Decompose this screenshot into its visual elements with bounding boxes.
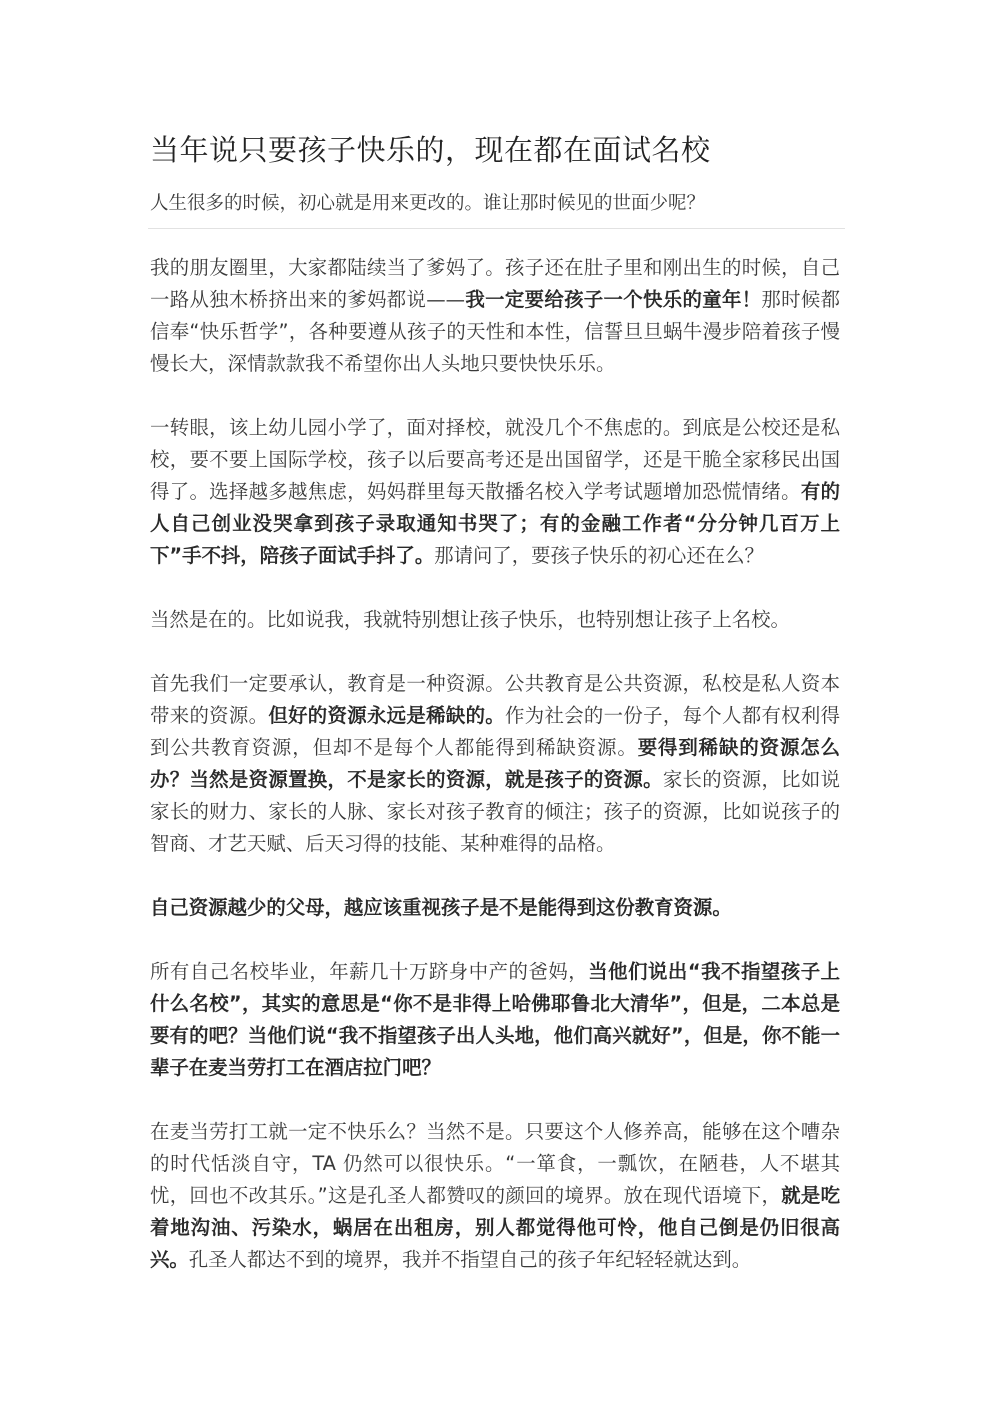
text-segment: 所有自己名校毕业，年薪几十万跻身中产的爸妈， [150,960,588,983]
paragraph-6: 所有自己名校毕业，年薪几十万跻身中产的爸妈，当他们说出“我不指望孩子上什么名校”… [150,956,840,1084]
text-segment: 那请问了，要孩子快乐的初心还在么？ [434,544,764,567]
text-segment: 当然是在的。比如说我，我就特别想让孩子快乐，也特别想让孩子上名校。 [150,608,790,631]
paragraph-1: 我的朋友圈里，大家都陆续当了爹妈了。孩子还在肚子里和刚出生的时候，自己一路从独木… [150,252,840,380]
article-body: 我的朋友圈里，大家都陆续当了爹妈了。孩子还在肚子里和刚出生的时候，自己一路从独木… [150,252,840,1308]
divider [148,228,845,229]
bold-text-segment: 我一定要给孩子一个快乐的童年！ [465,288,761,311]
bold-text-segment: 但好的资源永远是稀缺的。 [268,704,505,727]
bold-text-segment: 自己资源越少的父母，越应该重视孩子是不是能得到这份教育资源。 [150,896,732,919]
paragraph-2: 一转眼，该上幼儿园小学了，面对择校，就没几个不焦虑的。到底是公校还是私校，要不要… [150,412,840,572]
article-subtitle: 人生很多的时候，初心就是用来更改的。谁让那时候见的世面少呢？ [150,189,705,215]
paragraph-5: 自己资源越少的父母，越应该重视孩子是不是能得到这份教育资源。 [150,892,840,924]
paragraph-7: 在麦当劳打工就一定不快乐么？当然不是。只要这个人修养高，能够在这个嘈杂的时代恬淡… [150,1116,840,1276]
text-segment: 孔圣人都达不到的境界，我并不指望自己的孩子年纪轻轻就达到。 [189,1248,751,1271]
text-segment: 一转眼，该上幼儿园小学了，面对择校，就没几个不焦虑的。到底是公校还是私校，要不要… [150,416,840,503]
text-segment: 在麦当劳打工就一定不快乐么？当然不是。只要这个人修养高，能够在这个嘈杂的时代恬淡… [150,1120,840,1207]
paragraph-3: 当然是在的。比如说我，我就特别想让孩子快乐，也特别想让孩子上名校。 [150,604,840,636]
article-title: 当年说只要孩子快乐的，现在都在面试名校 [150,128,711,169]
paragraph-4: 首先我们一定要承认，教育是一种资源。公共教育是公共资源，私校是私人资本带来的资源… [150,668,840,860]
